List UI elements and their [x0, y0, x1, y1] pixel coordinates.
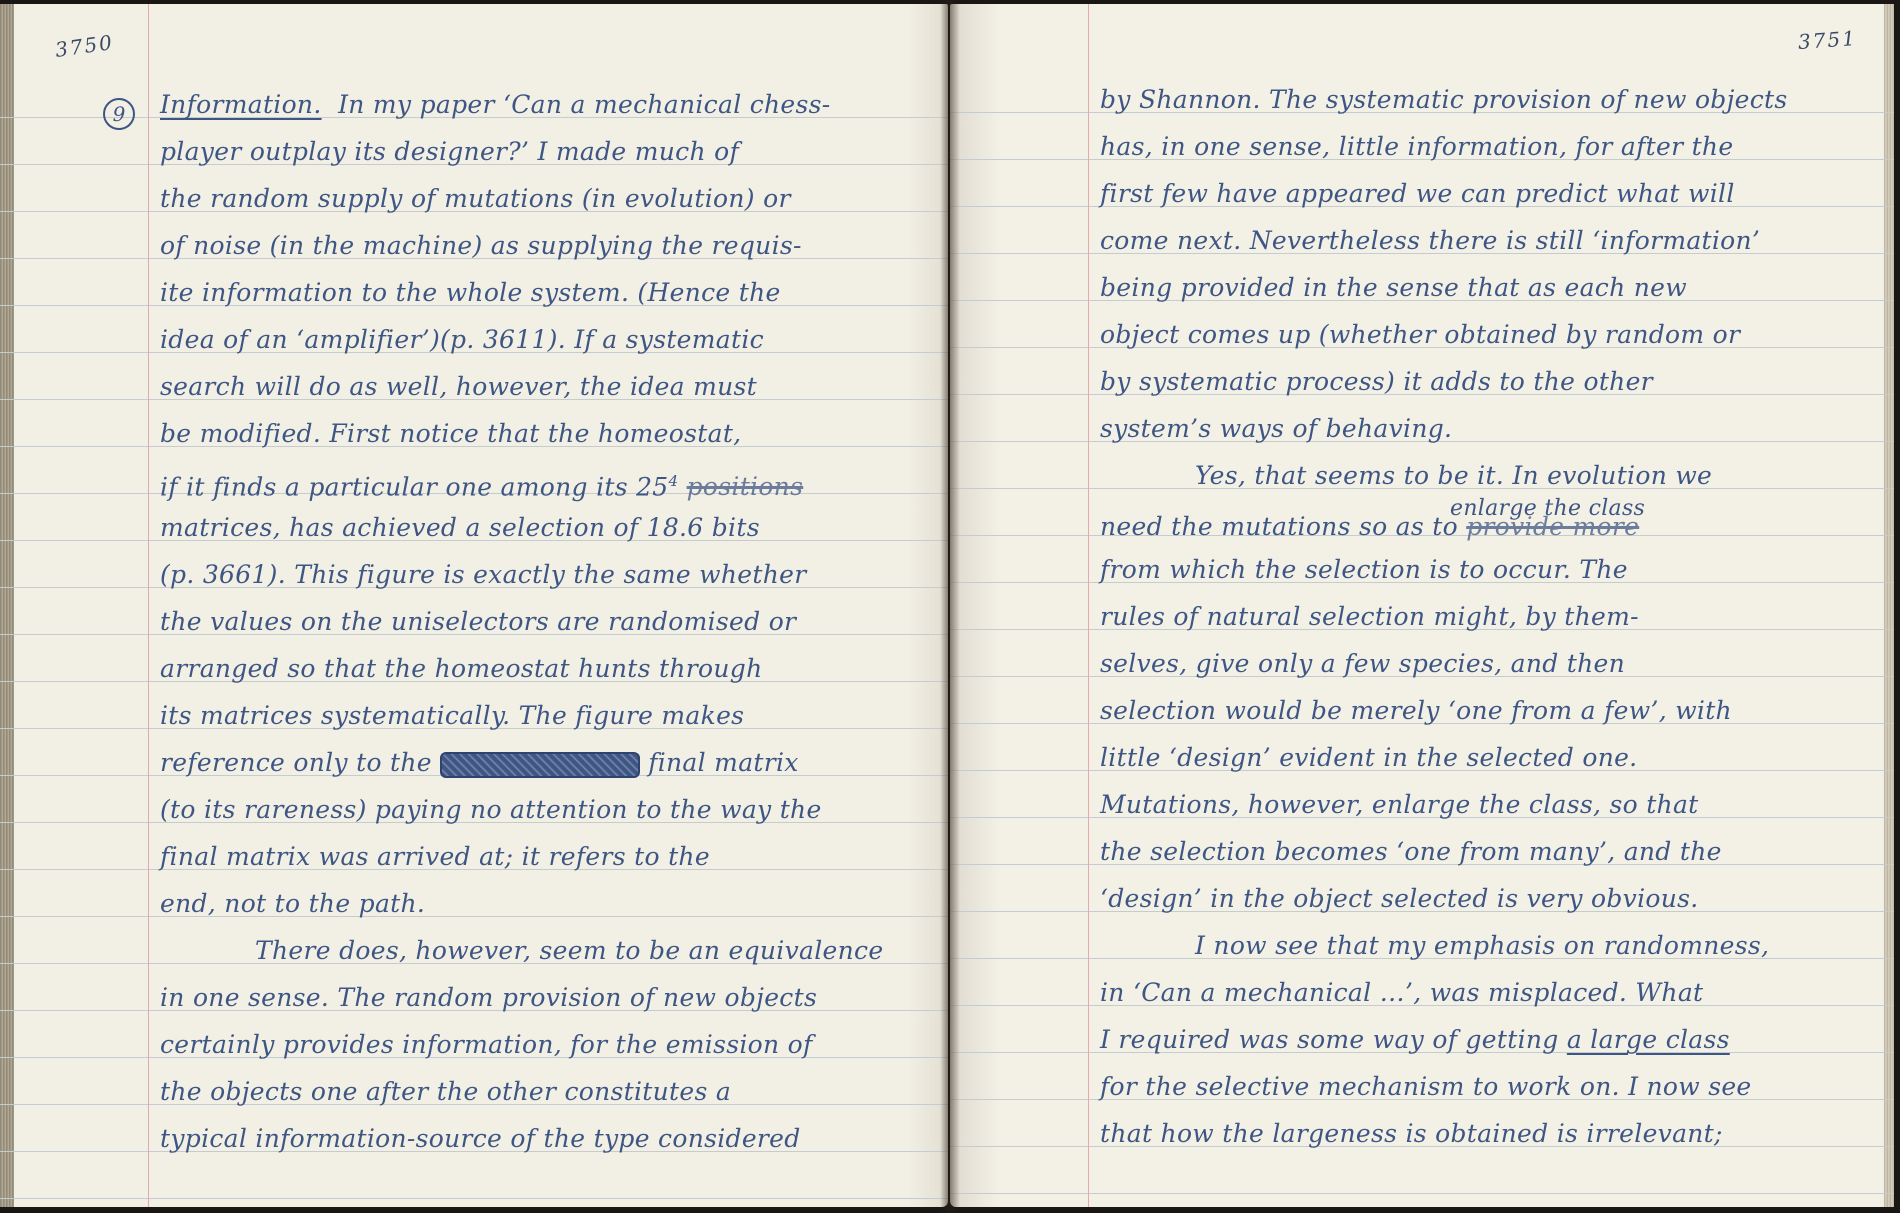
text-line-7: by systematic process) it adds to the ot… [1100, 367, 1653, 397]
text-line-8: be modified. First notice that the homeo… [160, 419, 741, 449]
text-line-6: object comes up (whether obtained by ran… [1100, 320, 1740, 350]
struck-phrase: provide more [1466, 512, 1639, 541]
text-line-21: certainly provides information, for the … [160, 1030, 813, 1060]
text-line-22: for the selective mechanism to work on. … [1100, 1072, 1752, 1102]
text-line-6: idea of an ‘amplifier’)(p. 3611). If a s… [160, 325, 764, 355]
text-line-19: There does, however, seem to be an equiv… [255, 936, 883, 966]
text-line-15: little ‘design’ evident in the selected … [1100, 743, 1637, 773]
text-line-11: from which the selection is to occur. Th… [1100, 555, 1628, 585]
text-line-13: selves, give only a few species, and the… [1100, 649, 1625, 679]
text-line-14: selection would be merely ‘one from a fe… [1100, 696, 1732, 726]
text-line-16: Mutations, however, enlarge the class, s… [1100, 790, 1699, 820]
text-line-2: player outplay its designer?’ I made muc… [160, 137, 739, 167]
left-notebook-page: 3750 9 Information. In my paper ‘Can a m… [0, 4, 948, 1207]
notebook-spine [940, 0, 960, 1213]
text-line-4: of noise (in the machine) as supplying t… [160, 231, 802, 261]
text-line-23: that how the largeness is obtained is ir… [1100, 1119, 1723, 1149]
text-line-1: by Shannon. The systematic provision of … [1100, 85, 1788, 115]
text-line-11: (p. 3661). This figure is exactly the sa… [160, 560, 806, 590]
right-notebook-page: 3751 by Shannon. The systematic provisio… [950, 4, 1894, 1207]
text-line-13: arranged so that the homeostat hunts thr… [160, 654, 762, 684]
section-number: 9 [103, 98, 135, 130]
page-number: 3751 [1797, 26, 1857, 54]
text-line-17: the selection becomes ‘one from many’, a… [1100, 837, 1722, 867]
text-line-3: first few have appeared we can predict w… [1100, 179, 1735, 209]
margin-line [148, 4, 149, 1207]
text-line-16: (to its rareness) paying no attention to… [160, 795, 822, 825]
text-line-18: ‘design’ in the object selected is very … [1100, 884, 1699, 914]
text-line-14: its matrices systematically. The figure … [160, 701, 744, 731]
text-line-8: system’s ways of behaving. [1100, 414, 1452, 444]
margin-line [1088, 4, 1089, 1207]
text-line-15: reference only to the rareness of the fi… [160, 748, 799, 778]
text-line-21: I required was some way of getting a lar… [1100, 1025, 1730, 1055]
text-line-5: ite information to the whole system. (He… [160, 278, 781, 308]
text-line-7: search will do as well, however, the ide… [160, 372, 757, 402]
text-line-18: end, not to the path. [160, 889, 425, 919]
text-line-12: rules of natural selection might, by the… [1100, 602, 1639, 632]
text-line-10: matrices, has achieved a selection of 18… [160, 513, 760, 543]
text-line-3: the random supply of mutations (in evolu… [160, 184, 791, 214]
text-line-17: final matrix was arrived at; it refers t… [160, 842, 710, 872]
text-line-23: typical information-source of the type c… [160, 1124, 801, 1154]
text-line-2: has, in one sense, little information, f… [1100, 132, 1733, 162]
text-line-12: the values on the uniselectors are rando… [160, 607, 796, 637]
text-line-1: Information. In my paper ‘Can a mechanic… [160, 90, 831, 120]
underlined-phrase: a large class [1567, 1025, 1730, 1054]
section-heading: Information. [160, 90, 322, 119]
text-line-19: I now see that my emphasis on randomness… [1195, 931, 1769, 961]
text-line-9: if it finds a particular one among its 2… [160, 466, 803, 502]
scribbled-out-phrase: rareness of the [440, 752, 640, 778]
text-line-20: in ‘Can a mechanical …’, was misplaced. … [1100, 978, 1703, 1008]
struck-word: positions [687, 472, 804, 501]
exponent: 4 [669, 472, 679, 490]
text-line-10: need the mutations so as to provide more [1100, 512, 1639, 542]
text-line-9: Yes, that seems to be it. In evolution w… [1195, 461, 1712, 491]
text-line-22: the objects one after the other constitu… [160, 1077, 731, 1107]
text-line-5: being provided in the sense that as each… [1100, 273, 1687, 303]
text-line-20: in one sense. The random provision of ne… [160, 983, 817, 1013]
text-line-4: come next. Nevertheless there is still ‘… [1100, 226, 1760, 256]
